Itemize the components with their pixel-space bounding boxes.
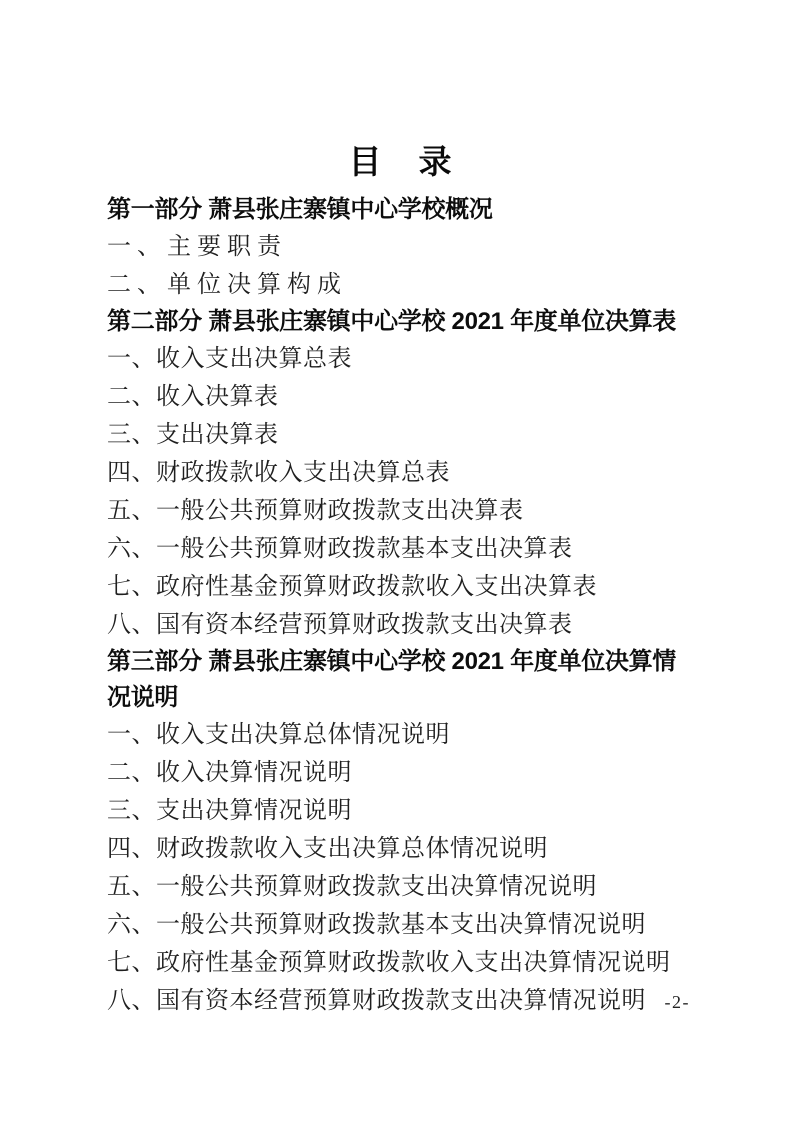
section-heading: 第一部分 萧县张庄寨镇中心学校概况 [107,192,695,228]
toc-item: 四、财政拨款收入支出决算总体情况说明 [107,830,695,868]
toc-item: 八、国有资本经营预算财政拨款支出决算情况说明 [107,982,695,1020]
toc-item: 一、收入支出决算总表 [107,340,695,378]
toc-item: 七、政府性基金预算财政拨款收入支出决算表 [107,568,695,606]
document-page: 目 录 第一部分 萧县张庄寨镇中心学校概况 一、主要职责 二、单位决算构成 第二… [0,0,793,1122]
toc-item: 三、支出决算表 [107,416,695,454]
toc-item: 四、财政拨款收入支出决算总表 [107,454,695,492]
toc-item: 五、一般公共预算财政拨款支出决算情况说明 [107,868,695,906]
toc-item: 八、国有资本经营预算财政拨款支出决算表 [107,606,695,644]
toc-item: 三、支出决算情况说明 [107,792,695,830]
toc-item: 五、一般公共预算财政拨款支出决算表 [107,492,695,530]
toc-item: 二、单位决算构成 [107,266,695,304]
toc-section-overview: 第一部分 萧县张庄寨镇中心学校概况 一、主要职责 二、单位决算构成 [107,192,695,304]
toc-section-notes: 第三部分 萧县张庄寨镇中心学校 2021 年度单位决算情况说明 一、收入支出决算… [107,644,695,1020]
toc-item: 七、政府性基金预算财政拨款收入支出决算情况说明 [107,944,695,982]
section-heading: 第三部分 萧县张庄寨镇中心学校 2021 年度单位决算情况说明 [107,644,695,716]
toc-item: 二、收入决算表 [107,378,695,416]
toc-title: 目 录 [107,140,695,184]
toc-item: 六、一般公共预算财政拨款基本支出决算情况说明 [107,906,695,944]
toc-content: 目 录 第一部分 萧县张庄寨镇中心学校概况 一、主要职责 二、单位决算构成 第二… [107,140,695,1020]
toc-item: 二、收入决算情况说明 [107,754,695,792]
section-heading: 第二部分 萧县张庄寨镇中心学校 2021 年度单位决算表 [107,304,695,340]
toc-item: 一、收入支出决算总体情况说明 [107,716,695,754]
page-number: -2- [665,992,691,1013]
toc-section-tables: 第二部分 萧县张庄寨镇中心学校 2021 年度单位决算表 一、收入支出决算总表 … [107,304,695,644]
toc-item: 六、一般公共预算财政拨款基本支出决算表 [107,530,695,568]
toc-item: 一、主要职责 [107,228,695,266]
